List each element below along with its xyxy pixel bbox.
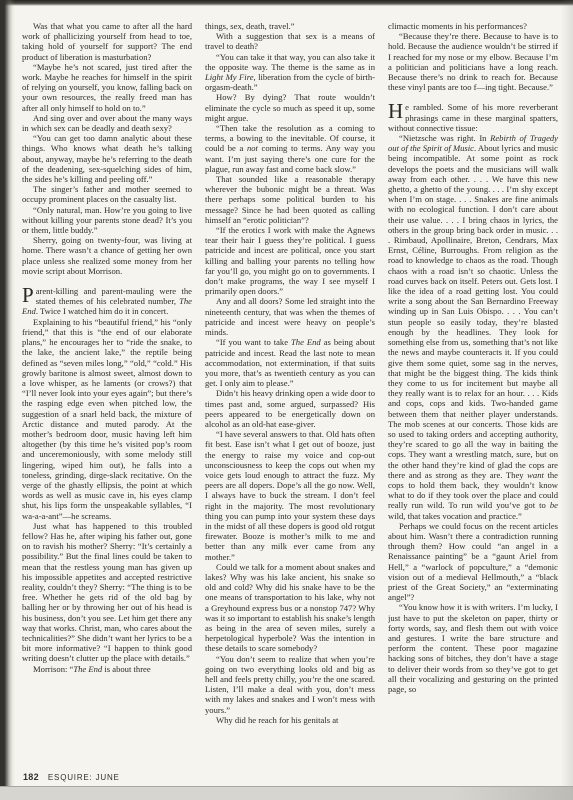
italic-text-run: you’re [299,674,321,684]
text-run: Perhaps we could focus on the recent art… [388,521,558,602]
paragraph: Why did he reach for his genitals at [205,715,375,725]
paragraph: “Only natural, man. How’re you going to … [22,205,192,236]
text-run: Why did he reach for his genitals at [216,715,338,725]
page-spine-shadow [0,0,15,787]
paragraph: “If the erotics I work with make the Agn… [205,225,375,296]
text-run: climactic moments in his performances? [388,21,527,31]
text-run: “I have several answers to that. Old hat… [205,429,375,561]
paragraph: How? By dying? That route wouldn’t elimi… [205,92,375,123]
paragraph: “You can take it that way, you can also … [205,52,375,93]
paragraph: Perhaps we could focus on the recent art… [388,521,558,603]
paragraph: “You don’t seem to realize that when you… [205,654,375,715]
text-run: e rambled. Some of his more reverberant … [388,102,558,132]
paragraph: Could we talk for a moment about snakes … [205,562,375,654]
paragraph: “Maybe he’s not scared, just tired after… [22,62,192,113]
italic-text-run: want [527,470,544,480]
paragraph: And sing over and over about the many wa… [22,113,192,133]
paragraph: Explaining to his “beautiful friend,” hi… [22,317,192,521]
text-run: Sherry, going on twenty-four, was living… [22,235,192,276]
paragraph: “Nietzsche was right. In Rebirth of Trag… [388,133,558,521]
text-run: With a suggestion that sex is a means of… [205,31,375,51]
text-run: “Because they’re there. Because to have … [388,31,558,92]
text-run: Could we talk for a moment about snakes … [205,562,375,654]
text-run: Explaining to his “beautiful friend,” hi… [22,317,192,521]
text-run: is about three [102,664,150,674]
text-run: Morrison: “ [33,664,73,674]
italic-text-run: The End [291,337,321,347]
paragraph: “If you want to take The End as being ab… [205,337,375,388]
paragraph: “You can get too damn analytic about the… [22,133,192,184]
drop-cap: P [22,286,36,304]
italic-text-run: not [247,143,258,153]
paragraph: Just what has happened to this troubled … [22,521,192,664]
text-run: arent-killing and parent-mauling were th… [36,286,192,306]
text-run: Didn’t his heavy drinking open a wide do… [205,388,375,429]
magazine-page: Was that what you came to after all the … [0,0,573,800]
page-edge-bottom-shade [453,787,573,800]
drop-cap: H [388,102,405,120]
paragraph: “Then take the resolution as a coming to… [205,123,375,174]
paragraph: Any and all doors? Some led straight int… [205,296,375,337]
text-run: And sing over and over about the many wa… [22,113,192,133]
paragraph: He rambled. Some of his more reverberant… [388,102,558,133]
text-run: wild, that takes vocation and practice.” [388,511,522,521]
text-run: “You know how it is with writers. I’m lu… [388,602,558,694]
paragraph: Parent-killing and parent-mauling were t… [22,286,192,317]
text-run: “If you want to take [216,337,291,347]
paragraph: things, sex, death, travel.” [205,21,375,31]
text-run: “Only natural, man. How’re you going to … [22,205,192,235]
text-run: “Nietzsche was right. In [399,133,490,143]
text-run: Was that what you came to after all the … [22,21,192,62]
page-edge-top [0,0,573,6]
article-columns: Was that what you came to after all the … [22,21,558,768]
italic-text-run: The End [73,664,102,674]
page-number: 182 [23,772,39,782]
text-run: “If the erotics I work with make the Agn… [205,225,375,296]
text-run: That sounded like a reasonable therapy w… [205,174,375,225]
paragraph: Didn’t his heavy drinking open a wide do… [205,388,375,429]
text-run: . About lyrics and music being incompati… [388,143,558,480]
text-run: . Twice I watched him do it in concert. [36,306,168,316]
article-column-3: climactic moments in his performances?“B… [388,21,558,768]
paragraph: The singer’s father and mother seemed to… [22,184,192,204]
magazine-issue-label: ESQUIRE: JUNE [48,773,120,782]
paragraph: That sounded like a reasonable therapy w… [205,174,375,225]
page-edge-right [561,0,573,787]
article-column-1: Was that what you came to after all the … [22,21,192,768]
text-run: things, sex, death, travel.” [205,21,295,31]
text-run: The singer’s father and mother seemed to… [22,184,192,204]
paragraph: “I have several answers to that. Old hat… [205,429,375,562]
italic-text-run: Light My Fire [205,72,254,82]
italic-text-run: be [550,500,558,510]
paragraph: “You know how it is with writers. I’m lu… [388,602,558,694]
paragraph: Was that what you came to after all the … [22,21,192,62]
text-run: Any and all doors? Some led straight int… [205,296,375,337]
text-run: “You can get too damn analytic about the… [22,133,192,184]
paragraph: “Because they’re there. Because to have … [388,31,558,92]
paragraph: Morrison: “The End is about three [22,664,192,674]
page-footer: 182ESQUIRE: JUNE [23,767,120,785]
text-run: How? By dying? That route wouldn’t elimi… [205,92,375,122]
text-run: “Maybe he’s not scared, just tired after… [22,62,192,113]
text-run: Just what has happened to this troubled … [22,521,192,664]
paragraph: With a suggestion that sex is a means of… [205,31,375,51]
paragraph: climactic moments in his performances? [388,21,558,31]
page-edge-bottom [0,786,573,800]
paragraph: Sherry, going on twenty-four, was living… [22,235,192,276]
text-run: “You can take it that way, you can also … [205,52,375,72]
article-column-2: things, sex, death, travel.”With a sugge… [205,21,375,768]
